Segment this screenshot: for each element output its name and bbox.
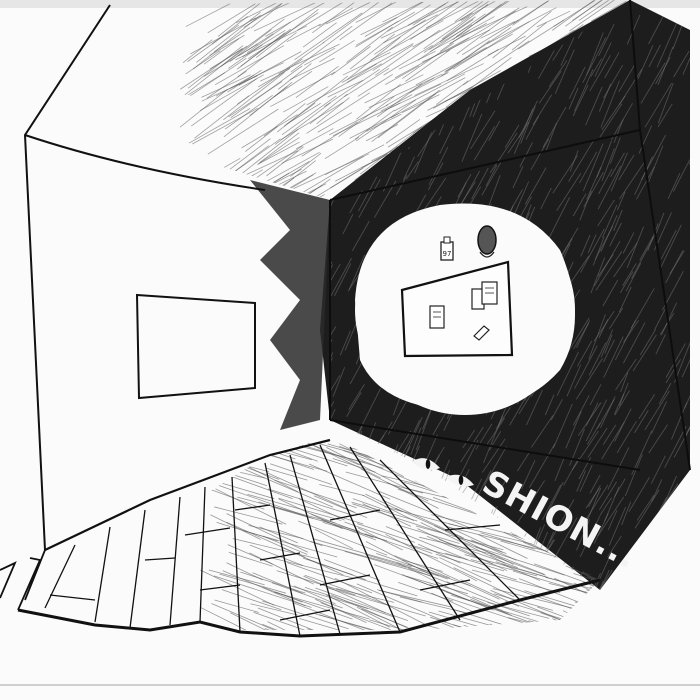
hallway-drawing: 97 SHION... xyxy=(0,0,700,700)
frame-label: 97 xyxy=(443,250,452,258)
oval-mirror xyxy=(478,226,496,257)
illustration-canvas: 97 SHION... xyxy=(0,0,700,700)
